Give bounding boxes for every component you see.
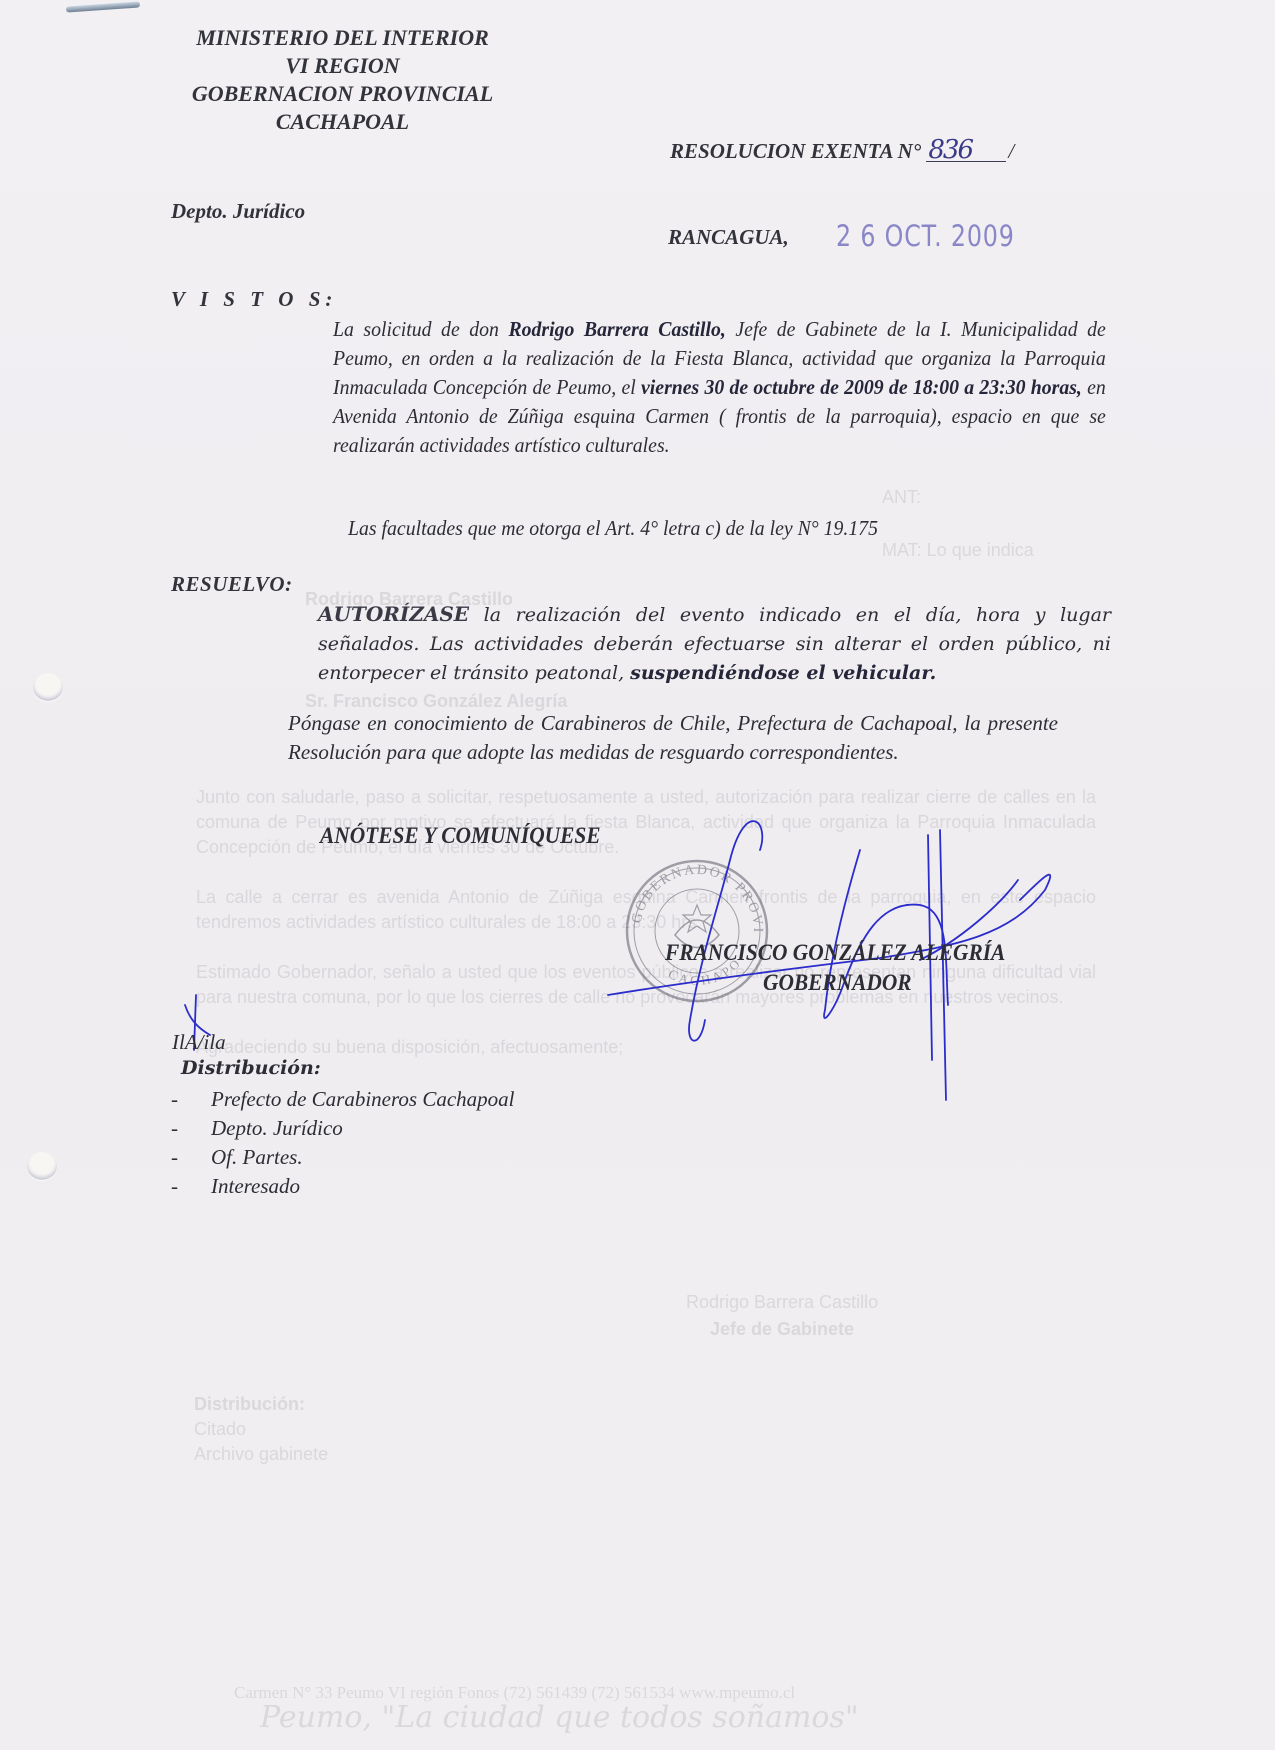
signer-name: FRANCISCO GONZÁLEZ ALEGRÍA: [665, 940, 1005, 966]
pongase-paragraph: Póngase en conocimiento de Carabineros d…: [288, 709, 1058, 767]
ghost-dist-label: Distribución:: [194, 1392, 305, 1417]
header-line-ministry: MINISTERIO DEL INTERIOR: [170, 24, 515, 52]
department-label: Depto. Jurídico: [171, 199, 305, 224]
resuelvo-heading: RESUELVO:: [171, 572, 293, 597]
ghost-ant: ANT:: [882, 485, 921, 510]
ghost-paragraph: Agradeciendo su buena disposición, afect…: [196, 1035, 1096, 1060]
distribution-list: -Prefecto de Carabineros Cachapoal -Dept…: [171, 1085, 515, 1201]
legal-basis: Las facultades que me otorga el Art. 4° …: [348, 514, 878, 543]
ghost-footer-slogan: Peumo, "La ciudad que todos soñamos": [260, 1705, 859, 1730]
resolution-suffix: /: [1008, 139, 1014, 163]
autorizase-lead: AUTORÍZASE: [318, 602, 469, 626]
header-line-region: VI REGION: [170, 52, 515, 80]
signer-title: GOBERNADOR: [763, 970, 912, 996]
ghost-paragraph: Estimado Gobernador, señalo a usted que …: [196, 960, 1096, 1010]
ghost-dist-item: Archivo gabinete: [194, 1442, 328, 1467]
ghost-dist-item: Citado: [194, 1417, 246, 1442]
handwritten-number: 836: [926, 139, 1006, 162]
event-datetime: viernes 30 de octubre de 2009 de 18:00 a…: [641, 375, 1082, 399]
ghost-sender-title: Jefe de Gabinete: [710, 1317, 854, 1342]
punch-hole-top: [33, 673, 63, 701]
autorizase-paragraph: AUTORÍZASE la realización del evento ind…: [318, 600, 1111, 688]
ghost-sender-name: Rodrigo Barrera Castillo: [686, 1290, 878, 1315]
resolution-label: RESOLUCION EXENTA N°: [670, 139, 921, 163]
scanned-page: ANT: MAT: Lo que indica Rodrigo Barrera …: [0, 0, 1275, 1750]
punch-hole-bottom: [27, 1152, 57, 1180]
distribution-item: -Of. Partes.: [171, 1143, 515, 1172]
city-label: RANCAGUA,: [668, 225, 789, 250]
applicant-name: Rodrigo Barrera Castillo,: [508, 317, 725, 341]
vistos-paragraph: La solicitud de don Rodrigo Barrera Cast…: [333, 315, 1106, 460]
typist-initials: IlA/ila: [172, 1030, 226, 1055]
vistos-heading: V I S T O S:: [171, 287, 337, 312]
staple-mark: [66, 1, 140, 12]
issuer-header: MINISTERIO DEL INTERIOR VI REGION GOBERN…: [170, 24, 515, 136]
distribution-item: -Interesado: [171, 1172, 515, 1201]
distribution-item: -Prefecto de Carabineros Cachapoal: [171, 1085, 515, 1114]
header-line-province: CACHAPOAL: [170, 108, 515, 136]
distribution-heading: Distribución:: [181, 1057, 321, 1079]
autorizase-emphasis: suspendiéndose el vehicular.: [630, 662, 936, 684]
vistos-intro: La solicitud de don: [333, 317, 508, 341]
ghost-paragraph: La calle a cerrar es avenida Antonio de …: [196, 885, 1096, 935]
closing-formula: ANÓTESE Y COMUNÍQUESE: [320, 823, 601, 849]
date-stamp: 2 6 OCT. 2009: [836, 219, 1015, 253]
distribution-item: -Depto. Jurídico: [171, 1114, 515, 1143]
resolution-number: RESOLUCION EXENTA N° 836/: [670, 139, 1014, 164]
ghost-mat: MAT: Lo que indica: [882, 538, 1034, 563]
header-line-governorship: GOBERNACION PROVINCIAL: [170, 80, 515, 108]
